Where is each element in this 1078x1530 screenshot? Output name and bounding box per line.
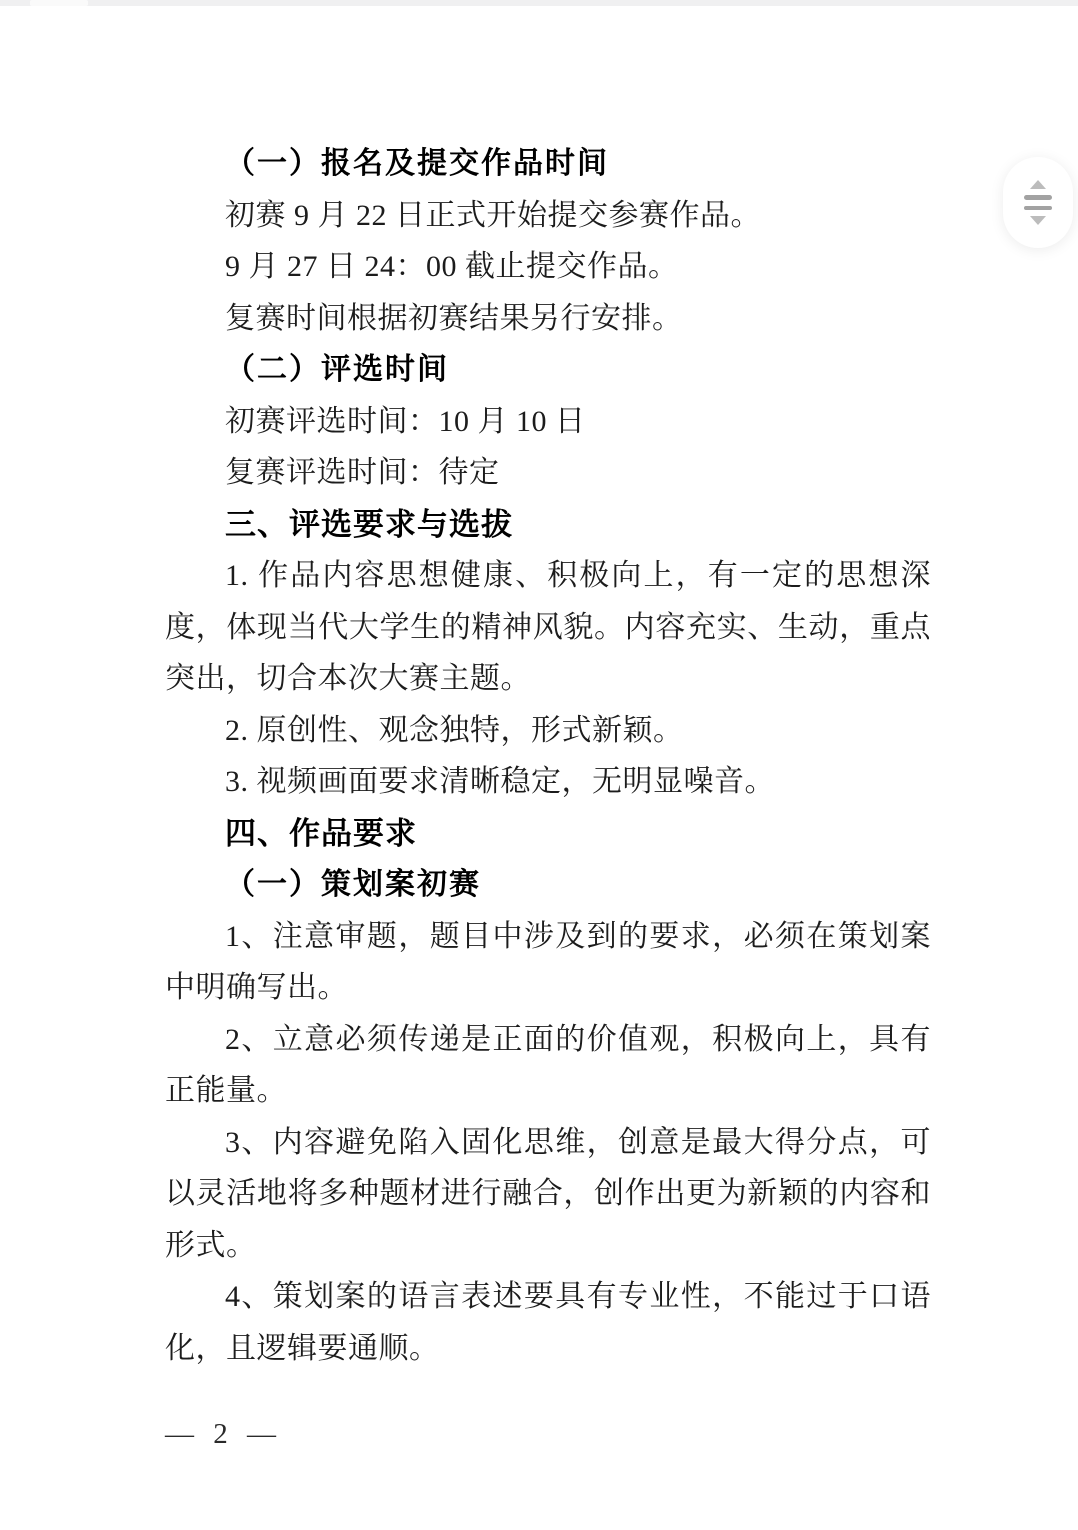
para-preliminary-submission-start: 初赛 9 月 22 日正式开始提交参赛作品。 bbox=[165, 190, 931, 242]
para-plan-rule-2: 2、立意必须传递是正面的价值观，积极向上，具有正能量。 bbox=[165, 1014, 931, 1117]
heading-plan-preliminary-round: （一）策划案初赛 bbox=[165, 859, 931, 911]
para-requirement-1: 1. 作品内容思想健康、积极向上，有一定的思想深度，体现当代大学生的精神风貌。内… bbox=[165, 550, 931, 705]
drag-handle-icon[interactable] bbox=[1024, 195, 1052, 210]
handle-bar bbox=[1024, 195, 1052, 200]
heading-selection-requirements: 三、评选要求与选拔 bbox=[165, 499, 931, 551]
para-plan-rule-3: 3、内容避免陷入固化思维，创意是最大得分点，可以灵活地将多种题材进行融合，创作出… bbox=[165, 1117, 931, 1272]
handle-bar bbox=[1024, 206, 1052, 211]
para-submission-deadline: 9 月 27 日 24：00 截止提交作品。 bbox=[165, 241, 931, 293]
para-requirement-2: 2. 原创性、观念独特，形式新颖。 bbox=[165, 705, 931, 757]
document-body: （一）报名及提交作品时间 初赛 9 月 22 日正式开始提交参赛作品。 9 月 … bbox=[165, 138, 931, 1374]
heading-work-requirements: 四、作品要求 bbox=[165, 808, 931, 860]
scroll-widget[interactable] bbox=[1003, 157, 1073, 248]
heading-registration-submission-time: （一）报名及提交作品时间 bbox=[165, 138, 931, 190]
para-final-round-schedule: 复赛时间根据初赛结果另行安排。 bbox=[165, 293, 931, 345]
page-number: — 2 — bbox=[165, 1418, 282, 1451]
scroll-up-icon[interactable] bbox=[1030, 180, 1046, 189]
para-final-selection-time: 复赛评选时间：待定 bbox=[165, 447, 931, 499]
para-requirement-3: 3. 视频画面要求清晰稳定，无明显噪音。 bbox=[165, 756, 931, 808]
heading-selection-time: （二）评选时间 bbox=[165, 344, 931, 396]
scroll-down-icon[interactable] bbox=[1030, 216, 1046, 225]
page-gap-notch bbox=[30, 0, 88, 6]
para-plan-rule-4: 4、策划案的语言表述要具有专业性，不能过于口语化，且逻辑要通顺。 bbox=[165, 1271, 931, 1374]
para-preliminary-selection-time: 初赛评选时间：10 月 10 日 bbox=[165, 396, 931, 448]
para-plan-rule-1: 1、注意审题，题目中涉及到的要求，必须在策划案中明确写出。 bbox=[165, 911, 931, 1014]
previous-page-edge bbox=[0, 0, 1078, 6]
document-page: （一）报名及提交作品时间 初赛 9 月 22 日正式开始提交参赛作品。 9 月 … bbox=[0, 0, 1078, 1530]
